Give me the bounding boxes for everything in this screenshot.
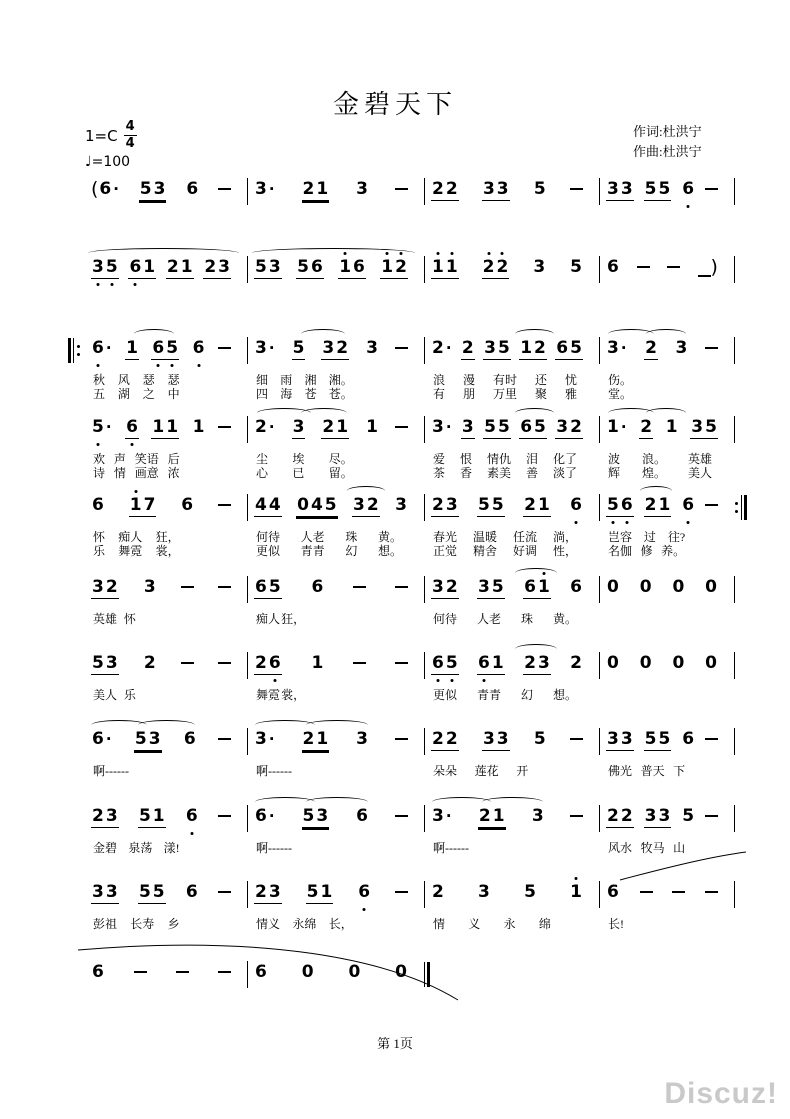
note: 35	[477, 577, 505, 599]
lyrics-row: 五湖之中	[85, 387, 202, 401]
notation-row: 6·536	[248, 806, 424, 830]
note: 56	[296, 257, 324, 279]
note-digit: 6	[681, 179, 695, 199]
note: 32	[352, 495, 380, 517]
note: 3	[355, 179, 369, 199]
lyric-syllable: 乐	[93, 544, 105, 558]
note: 6	[185, 179, 199, 199]
note	[395, 806, 408, 817]
lyric-syllable: 舞霓	[118, 544, 142, 558]
lyric-syllable: 啊------	[256, 764, 292, 778]
lyric-syllable: 好调	[513, 544, 537, 558]
measure: 3·213	[248, 179, 424, 203]
measure: 6	[85, 962, 247, 986]
note: 0	[704, 653, 718, 673]
note-digit: 1	[365, 417, 379, 437]
note: 51	[306, 882, 334, 904]
note: 6	[355, 806, 369, 826]
note-digit: 3	[531, 806, 545, 826]
note-digit: 2	[431, 179, 445, 199]
note: 2·	[254, 417, 276, 437]
lyric-syllable: 秋	[93, 373, 105, 387]
lyric-syllable: 开	[516, 764, 528, 778]
note-digit: 3	[268, 257, 282, 277]
note-digit: 0	[301, 962, 315, 982]
note: 2	[461, 338, 475, 360]
note	[705, 338, 718, 349]
duration-dash	[395, 188, 408, 190]
measure: 56216岂容过往?名伽修养。	[600, 495, 734, 558]
note-digit: 2	[166, 257, 180, 277]
note: 6	[192, 338, 206, 358]
duration-dash	[570, 188, 583, 190]
parenthesis: (	[91, 179, 98, 199]
lyric-syllable: 素美	[487, 466, 511, 480]
notation-row: 6)	[600, 257, 734, 281]
note: 23	[91, 806, 119, 828]
lyrics-row: 茶香素美善淡了	[425, 466, 599, 480]
duration-dash	[218, 971, 231, 973]
lyric-syllable: 情仇	[487, 452, 511, 466]
note-digit: 5	[497, 417, 511, 437]
augmentation-dot: ·	[106, 338, 112, 358]
augmentation-dot: ·	[446, 417, 452, 437]
note: 32	[321, 338, 349, 360]
augmentation-dot: ·	[621, 417, 627, 437]
note-digit: 5	[497, 338, 511, 358]
note-digit: 3	[143, 577, 157, 597]
note-digit: 3	[153, 179, 167, 199]
note-digit: 6	[91, 729, 105, 749]
lyric-syllable: 幻	[345, 544, 357, 558]
duration-dash	[705, 504, 718, 506]
lyric-syllable: 欢	[93, 452, 105, 466]
lyric-syllable: 五	[93, 387, 105, 401]
note: 2·	[431, 338, 453, 358]
measure: 33556	[600, 179, 734, 203]
lyric-syllable: 莲花	[475, 764, 499, 778]
augmentation-dot: ·	[621, 338, 627, 358]
lyrics-row: 心已留。	[248, 466, 375, 480]
note-digit: 2	[254, 653, 268, 673]
note-digit: 3	[254, 729, 268, 749]
lyric-syllable: 有时	[493, 373, 517, 387]
lyric-syllable: 长!	[608, 917, 624, 931]
note-digit: 2	[644, 495, 658, 515]
low-octave-dot	[687, 521, 690, 524]
measure: 6·536啊------	[248, 806, 424, 855]
music-system: 5·6111欢声笑语后诗情画意浓2·3211尘埃尽。心已留。3·3556532爱…	[85, 417, 735, 480]
note-digit: 3	[496, 729, 510, 749]
note-digit: 6	[523, 577, 537, 597]
note-digit: 0	[606, 653, 620, 673]
lyrics-row: 岂容过往?	[600, 530, 707, 544]
note-digit: 5	[657, 729, 671, 749]
note-digit: 5	[91, 417, 105, 437]
note: 23	[431, 495, 459, 517]
note-digit: 6	[254, 962, 268, 982]
note-digit: 3	[321, 338, 335, 358]
duration-dash	[176, 971, 189, 973]
lyric-syllable: 狂，	[281, 612, 305, 626]
note: 33	[644, 806, 672, 828]
low-octave-dot	[450, 679, 453, 682]
note: 51	[138, 806, 166, 828]
note-digit: 1	[665, 417, 679, 437]
note-digit: 3	[555, 417, 569, 437]
augmentation-dot: ·	[269, 338, 275, 358]
lyric-syllable: 牧马	[641, 841, 665, 855]
note: 21	[644, 495, 672, 517]
lyric-syllable: 痴人	[118, 530, 142, 544]
parenthesis: )	[711, 257, 718, 277]
note-digit: 5	[644, 179, 658, 199]
note-digit: 1	[335, 417, 349, 437]
lyric-syllable: 后	[168, 452, 180, 466]
lyric-syllable: 怀	[93, 530, 105, 544]
note	[395, 729, 408, 740]
note-digit: 5	[302, 806, 316, 826]
note: 53	[91, 653, 119, 675]
note-digit: 6	[311, 577, 325, 597]
note: 22	[431, 729, 459, 751]
notation-row: 22335	[425, 729, 599, 753]
lyrics-row: 波浪。英雄	[600, 452, 734, 466]
measure: 323英雄怀	[85, 577, 247, 626]
note-digit: 2	[523, 495, 537, 515]
note: 3·	[431, 417, 453, 437]
duration-dash	[395, 815, 408, 817]
lyrics-row: 情义永绵长，	[248, 917, 375, 931]
note: 55	[644, 179, 672, 201]
note: 33	[482, 729, 510, 751]
lyrics-row: 舞霓裳，	[248, 688, 327, 702]
duration-dash	[395, 738, 408, 740]
lyric-syllable: 怀	[124, 612, 136, 626]
tie-curve	[620, 852, 746, 880]
barline	[734, 337, 735, 364]
duration-dash	[640, 891, 653, 893]
note-digit: 5	[134, 729, 148, 749]
note-digit: 2	[431, 729, 445, 749]
lyric-syllable: 湖	[118, 387, 130, 401]
note: 33	[91, 882, 119, 904]
note: 1	[365, 417, 379, 437]
note-digit: 6	[183, 729, 197, 749]
note: 6	[180, 495, 194, 515]
song-title: 金碧天下	[0, 84, 790, 121]
note: 17	[129, 495, 157, 517]
duration-dash	[353, 662, 366, 664]
note-digit: 5	[657, 179, 671, 199]
note: 32	[431, 577, 459, 599]
note-digit: 5	[477, 495, 491, 515]
note: 1	[192, 417, 206, 437]
note	[218, 729, 231, 740]
music-system: 23516金碧泉荡漾!6·536啊------3·213啊------22335…	[85, 806, 735, 855]
note-digit: 6	[185, 179, 199, 199]
high-octave-dot	[436, 252, 439, 255]
music-system: 35612123535616121122356)	[85, 257, 735, 283]
note: 6	[357, 882, 371, 902]
note-digit: 5	[533, 179, 547, 199]
key-time-signature: 1=C 4 4 ♩=100	[85, 120, 137, 170]
lyric-syllable: 风水	[608, 841, 632, 855]
barline	[734, 728, 735, 755]
measure: 6长!	[600, 882, 734, 931]
barline	[734, 256, 735, 283]
note: 6	[185, 806, 199, 826]
music-system: 323英雄怀656痴人狂，3235616何待人老珠黄。0000	[85, 577, 735, 626]
note-digit: 2	[431, 338, 445, 358]
lyric-syllable: 中	[168, 387, 180, 401]
low-octave-dot	[687, 205, 690, 208]
note-digit: 3	[690, 417, 704, 437]
notation-row: 35612123	[85, 257, 247, 281]
note: 53	[134, 729, 162, 751]
duration-dash	[570, 738, 583, 740]
note-digit: 2	[321, 417, 335, 437]
notation-row: 6561232	[425, 653, 599, 677]
lyric-syllable: 何待	[256, 530, 280, 544]
note-digit: 6	[91, 495, 105, 515]
note: 32	[555, 417, 583, 439]
note: 2	[569, 653, 583, 673]
note: 3·	[254, 729, 276, 749]
measure: 23516金碧泉荡漾!	[85, 806, 247, 855]
note-digit: 2	[254, 882, 268, 902]
note-digit: 1	[657, 495, 671, 515]
note-digit: 5	[324, 495, 338, 515]
augmentation-dot: ·	[113, 179, 119, 199]
note: 6·	[254, 806, 276, 826]
notation-row: 6·1656	[85, 338, 247, 362]
lyric-syllable: 珠	[345, 530, 357, 544]
note-digit: 6	[91, 338, 105, 358]
measure: 6·1656秋风瑟瑟五湖之中	[85, 338, 247, 401]
note-digit: 1	[519, 338, 533, 358]
note: 26	[254, 653, 282, 675]
duration-dash	[218, 815, 231, 817]
note: 3·	[254, 338, 276, 358]
note: 3	[675, 338, 689, 358]
tempo-marking: ♩=100	[85, 154, 137, 170]
lyric-syllable: 漾!	[164, 841, 180, 855]
note: 3·	[254, 179, 276, 199]
note-digit: 5	[483, 417, 497, 437]
note-digit: 3	[254, 179, 268, 199]
note: (6·	[91, 179, 120, 199]
lyric-syllable: 恨	[460, 452, 472, 466]
measure: 3235616何待人老珠黄。	[425, 577, 599, 626]
lyric-syllable: 狂，	[156, 530, 180, 544]
lyric-syllable: 永绵	[292, 917, 316, 931]
lyrics-row: 情义永绵	[425, 917, 573, 931]
measure: 3·3556532爱恨情仇泪化了茶香素美善淡了	[425, 417, 599, 480]
augmentation-dot: ·	[446, 806, 452, 826]
notation-row: 0000	[600, 577, 734, 601]
repeat-dots	[735, 502, 738, 513]
note-digit: 5	[165, 338, 179, 358]
lyric-syllable: 湘。	[329, 373, 353, 387]
note	[218, 577, 231, 588]
note: 22	[606, 806, 634, 828]
note-digit: 2	[569, 417, 583, 437]
duration-dash	[705, 738, 718, 740]
lyric-syllable: 啊------	[93, 764, 129, 778]
note-digit: 3	[352, 495, 366, 515]
note: 21	[166, 257, 194, 279]
note-digit: 5	[139, 179, 153, 199]
note: 6	[125, 417, 139, 439]
low-octave-dot	[96, 443, 99, 446]
quarter-note-icon: ♩	[85, 154, 92, 170]
low-octave-dot	[130, 443, 133, 446]
notation-row: 22335	[600, 806, 734, 830]
note	[395, 882, 408, 893]
measure: 1·2135波浪。英雄辉煌。美人	[600, 417, 734, 480]
augmentation-dot: ·	[269, 417, 275, 437]
lyric-syllable: 四	[256, 387, 268, 401]
note: 61	[523, 577, 551, 599]
notation-row: 656	[248, 577, 424, 601]
note-digit: 0	[639, 577, 653, 597]
note-digit: 2	[143, 653, 157, 673]
note: 53	[302, 806, 330, 828]
lyric-syllable: 黄。	[378, 530, 402, 544]
lyric-syllable: 啊------	[256, 841, 292, 855]
note: 53	[254, 257, 282, 279]
note	[181, 577, 194, 588]
note-digit: 2	[569, 653, 583, 673]
lyric-syllable: 淌，	[553, 530, 577, 544]
augmentation-dot: ·	[106, 729, 112, 749]
note-digit: 3	[483, 338, 497, 358]
lyric-syllable: 画意	[135, 466, 159, 480]
lyric-syllable: 过	[644, 530, 656, 544]
duration-dash	[705, 815, 718, 817]
note: 0	[704, 577, 718, 597]
high-octave-dot	[542, 572, 545, 575]
note-digit: 3	[461, 417, 475, 437]
lyric-syllable: 还	[535, 373, 547, 387]
lyric-syllable: 下	[673, 764, 685, 778]
note-digit: 2	[302, 729, 316, 749]
lyrics-row: 何待人老珠黄。	[425, 612, 599, 626]
note-digit: 0	[347, 962, 361, 982]
duration-dash	[134, 971, 147, 973]
note-digit: 6	[180, 495, 194, 515]
duration-dash	[218, 504, 231, 506]
note: 3	[394, 495, 408, 515]
note: 33	[482, 179, 510, 201]
lyrics-row: 浪漫有时还忧	[425, 373, 599, 387]
notation-row: 2351	[425, 882, 599, 906]
note-digit: 2	[203, 257, 217, 277]
lyric-syllable: 雨	[280, 373, 292, 387]
note-digit: 1	[152, 806, 166, 826]
note-digit: 5	[138, 806, 152, 826]
note-digit: 1	[142, 257, 156, 277]
lyrics-row: 诗情画意浓	[85, 466, 202, 480]
note-digit: 2	[366, 495, 380, 515]
note: 65	[151, 338, 179, 360]
lyric-syllable: 金碧	[93, 841, 117, 855]
note: 6	[569, 495, 583, 515]
note: 22	[482, 257, 510, 279]
note-digit: 1	[315, 729, 329, 749]
duration-dash	[395, 347, 408, 349]
lyric-syllable: 万里	[493, 387, 517, 401]
note	[176, 962, 189, 973]
lyric-syllable: 修	[641, 544, 653, 558]
notation-row: 3·213	[248, 729, 424, 753]
low-octave-dot	[273, 679, 276, 682]
note-digit: 2	[105, 577, 119, 597]
note-digit: 6	[431, 653, 445, 673]
note	[705, 179, 718, 190]
music-system: 6·1656秋风瑟瑟五湖之中3·5323细雨湘湘。四海苍苍。2·2351265浪…	[85, 338, 735, 401]
notation-row: 0000	[600, 653, 734, 677]
lyric-syllable: 痴人	[256, 612, 280, 626]
lyric-syllable: 名伽	[608, 544, 632, 558]
measure: 6176怀痴人狂，乐舞霓裳，	[85, 495, 247, 558]
note-digit: 3	[91, 257, 105, 277]
note-digit: 3	[431, 417, 445, 437]
lyric-syllable: 聚	[535, 387, 547, 401]
lyric-syllable: 义	[468, 917, 480, 931]
note: 3	[477, 882, 491, 902]
note-digit: 1	[151, 417, 165, 437]
note	[395, 338, 408, 349]
note-digit: 2	[445, 179, 459, 199]
duration-dash	[395, 426, 408, 428]
note-digit: 6	[569, 495, 583, 515]
low-octave-dot	[190, 832, 193, 835]
lyric-syllable: 留。	[329, 466, 353, 480]
note-digit: 6	[357, 882, 371, 902]
note-digit: 6	[185, 882, 199, 902]
measure: 2355216春光温暖任流淌，正觉精舍好调性，	[425, 495, 599, 558]
note	[218, 338, 231, 349]
notation-row: 6	[85, 962, 247, 986]
measure: 3·23伤。堂。	[600, 338, 734, 401]
high-octave-dot	[501, 252, 504, 255]
lyric-syllable: 乡	[168, 917, 180, 931]
lyric-syllable: 之	[143, 387, 155, 401]
note-digit: 2	[431, 495, 445, 515]
lyric-syllable: 人老	[477, 612, 501, 626]
duration-dash	[181, 586, 194, 588]
lyric-syllable: 泪	[526, 452, 538, 466]
note: 3	[532, 257, 546, 277]
note: 55	[138, 882, 166, 904]
note: 0	[671, 577, 685, 597]
notation-row: 3·213	[425, 806, 599, 830]
lyric-syllable: 爱	[433, 452, 445, 466]
duration-dash	[698, 275, 711, 277]
augmentation-dot: ·	[269, 806, 275, 826]
lyrics-row: 尘埃尽。	[248, 452, 375, 466]
low-octave-dot	[436, 679, 439, 682]
note-digit: 1	[311, 653, 325, 673]
note: 65	[254, 577, 282, 599]
note: 6	[606, 882, 620, 902]
lyrics-row: 啊------	[248, 841, 424, 855]
note: 0	[606, 653, 620, 673]
notation-row: 23516	[248, 882, 424, 906]
note-digit: 3	[148, 729, 162, 749]
